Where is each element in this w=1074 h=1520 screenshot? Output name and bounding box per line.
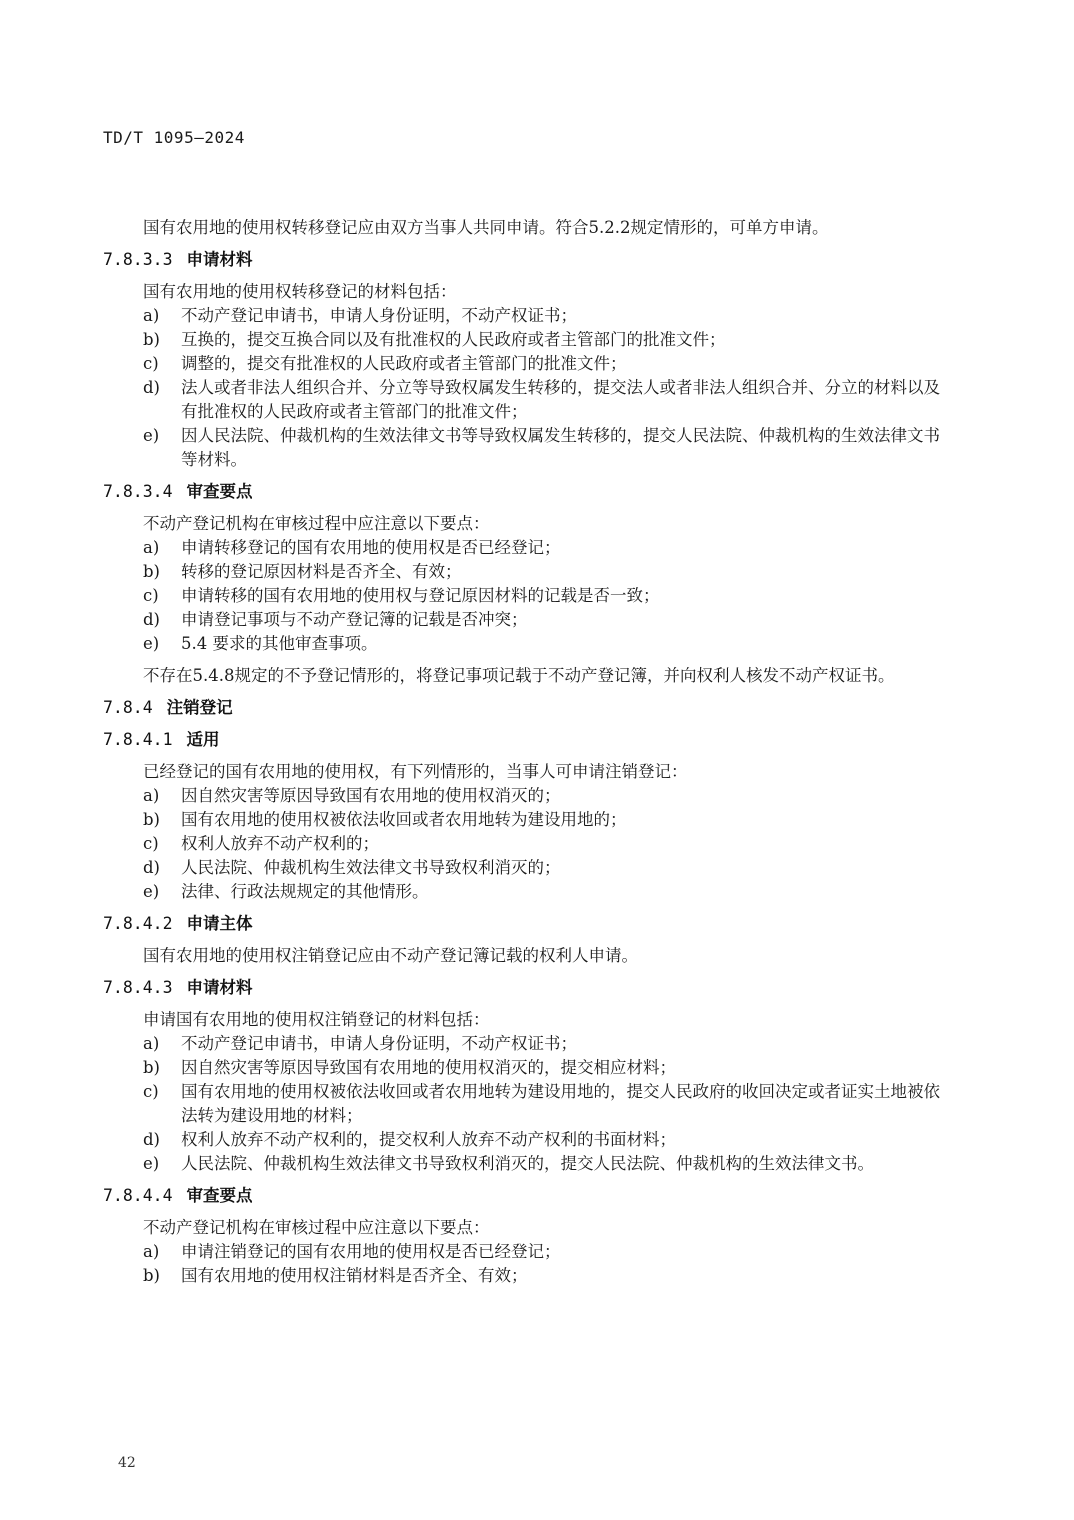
list-item-text: 法人或者非法人组织合并、分立等导致权属发生转移的，提交法人或者非法人组织合并、分… (181, 378, 940, 421)
list-item-label: b) (143, 328, 160, 352)
list-item-text: 转移的登记原因材料是否齐全、有效； (181, 562, 462, 581)
list-item-label: c) (143, 352, 159, 376)
section-heading: 7.8.4.2申请主体 (103, 912, 953, 936)
section-title: 审查要点 (187, 482, 253, 501)
item-list: a)申请转移登记的国有农用地的使用权是否已经登记；b)转移的登记原因材料是否齐全… (103, 536, 953, 656)
list-item-label: c) (143, 584, 159, 608)
list-item-label: d) (143, 1128, 160, 1152)
list-item-text: 申请转移的国有农用地的使用权与登记原因材料的记载是否一致； (181, 586, 660, 605)
list-item-text: 国有农用地的使用权被依法收回或者农用地转为建设用地的，提交人民政府的收回决定或者… (181, 1082, 940, 1125)
list-item-label: d) (143, 856, 160, 880)
list-item-label: b) (143, 1056, 160, 1080)
list-item: b)转移的登记原因材料是否齐全、有效； (103, 560, 953, 584)
item-list: a)不动产登记申请书，申请人身份证明，不动产权证书；b)互换的，提交互换合同以及… (103, 304, 953, 472)
item-list: a)不动产登记申请书，申请人身份证明，不动产权证书；b)因自然灾害等原因导致国有… (103, 1032, 953, 1176)
list-item-label: c) (143, 832, 159, 856)
list-item-text: 不动产登记申请书，申请人身份证明，不动产权证书； (181, 306, 577, 325)
list-item: a)申请注销登记的国有农用地的使用权是否已经登记； (103, 1240, 953, 1264)
list-item-label: a) (143, 536, 159, 560)
page-number: 42 (118, 1455, 136, 1471)
list-item-text: 申请注销登记的国有农用地的使用权是否已经登记； (181, 1242, 561, 1261)
list-item: e)法律、行政法规规定的其他情形。 (103, 880, 953, 904)
section-title: 申请材料 (187, 250, 253, 269)
list-item: e)5.4 要求的其他审查事项。 (103, 632, 953, 656)
section-number: 7.8.4 (103, 698, 153, 717)
list-item-label: b) (143, 1264, 160, 1288)
document-body: 国有农用地的使用权转移登记应由双方当事人共同申请。符合5.2.2规定情形的，可单… (103, 216, 953, 1296)
section-heading: 7.8.3.4审查要点 (103, 480, 953, 504)
list-item-text: 不动产登记申请书，申请人身份证明，不动产权证书； (181, 1034, 577, 1053)
paragraph: 不动产登记机构在审核过程中应注意以下要点： (103, 1216, 953, 1240)
list-item-label: a) (143, 1032, 159, 1056)
list-item: a)因自然灾害等原因导致国有农用地的使用权消灭的； (103, 784, 953, 808)
list-item: b)国有农用地的使用权被依法收回或者农用地转为建设用地的； (103, 808, 953, 832)
section-heading: 7.8.4.4审查要点 (103, 1184, 953, 1208)
section-number: 7.8.3.3 (103, 250, 173, 269)
document-page: TD/T 1095—2024 国有农用地的使用权转移登记应由双方当事人共同申请。… (0, 0, 1074, 1520)
list-item: a)不动产登记申请书，申请人身份证明，不动产权证书； (103, 304, 953, 328)
paragraph: 国有农用地的使用权转移登记的材料包括： (103, 280, 953, 304)
list-item: b)因自然灾害等原因导致国有农用地的使用权消灭的，提交相应材料； (103, 1056, 953, 1080)
list-item-label: b) (143, 560, 160, 584)
list-item-text: 人民法院、仲裁机构生效法律文书导致权利消灭的，提交人民法院、仲裁机构的生效法律文… (181, 1154, 874, 1173)
list-item-text: 因人民法院、仲裁机构的生效法律文书等导致权属发生转移的，提交人民法院、仲裁机构的… (181, 426, 940, 469)
list-item: b)互换的，提交互换合同以及有批准权的人民政府或者主管部门的批准文件； (103, 328, 953, 352)
list-item-label: a) (143, 1240, 159, 1264)
paragraph: 国有农用地的使用权转移登记应由双方当事人共同申请。符合5.2.2规定情形的，可单… (103, 216, 953, 240)
list-item-label: e) (143, 880, 159, 904)
list-item: d)申请登记事项与不动产登记簿的记载是否冲突； (103, 608, 953, 632)
section-number: 7.8.3.4 (103, 482, 173, 501)
section-heading: 7.8.4.1适用 (103, 728, 953, 752)
list-item-label: e) (143, 424, 159, 448)
section-title: 适用 (187, 730, 220, 749)
list-item: d)权利人放弃不动产权利的，提交权利人放弃不动产权利的书面材料； (103, 1128, 953, 1152)
list-item-label: e) (143, 632, 159, 656)
standard-code-header: TD/T 1095—2024 (103, 128, 245, 147)
list-item: c)国有农用地的使用权被依法收回或者农用地转为建设用地的，提交人民政府的收回决定… (103, 1080, 953, 1128)
paragraph: 国有农用地的使用权注销登记应由不动产登记簿记载的权利人申请。 (103, 944, 953, 968)
paragraph: 申请国有农用地的使用权注销登记的材料包括： (103, 1008, 953, 1032)
list-item-label: a) (143, 304, 159, 328)
list-item-label: d) (143, 608, 160, 632)
paragraph: 已经登记的国有农用地的使用权，有下列情形的，当事人可申请注销登记： (103, 760, 953, 784)
item-list: a)申请注销登记的国有农用地的使用权是否已经登记；b)国有农用地的使用权注销材料… (103, 1240, 953, 1288)
list-item: e)因人民法院、仲裁机构的生效法律文书等导致权属发生转移的，提交人民法院、仲裁机… (103, 424, 953, 472)
list-item-text: 申请登记事项与不动产登记簿的记载是否冲突； (181, 610, 528, 629)
list-item: a)申请转移登记的国有农用地的使用权是否已经登记； (103, 536, 953, 560)
section-title: 申请材料 (187, 978, 253, 997)
list-item-label: a) (143, 784, 159, 808)
list-item: d)人民法院、仲裁机构生效法律文书导致权利消灭的； (103, 856, 953, 880)
list-item-text: 国有农用地的使用权被依法收回或者农用地转为建设用地的； (181, 810, 627, 829)
list-item-text: 权利人放弃不动产权利的，提交权利人放弃不动产权利的书面材料； (181, 1130, 676, 1149)
list-item: c)调整的，提交有批准权的人民政府或者主管部门的批准文件； (103, 352, 953, 376)
section-heading: 7.8.4.3申请材料 (103, 976, 953, 1000)
list-item-text: 因自然灾害等原因导致国有农用地的使用权消灭的； (181, 786, 561, 805)
section-number: 7.8.4.1 (103, 730, 173, 749)
list-item-label: d) (143, 376, 160, 400)
list-item: d)法人或者非法人组织合并、分立等导致权属发生转移的，提交法人或者非法人组织合并… (103, 376, 953, 424)
item-list: a)因自然灾害等原因导致国有农用地的使用权消灭的；b)国有农用地的使用权被依法收… (103, 784, 953, 904)
list-item-label: b) (143, 808, 160, 832)
section-title: 审查要点 (187, 1186, 253, 1205)
list-item-text: 法律、行政法规规定的其他情形。 (181, 882, 429, 901)
list-item-text: 调整的，提交有批准权的人民政府或者主管部门的批准文件； (181, 354, 627, 373)
list-item-text: 国有农用地的使用权注销材料是否齐全、有效； (181, 1266, 528, 1285)
section-number: 7.8.4.4 (103, 1186, 173, 1205)
list-item: c)权利人放弃不动产权利的； (103, 832, 953, 856)
section-heading: 7.8.4注销登记 (103, 696, 953, 720)
list-item-text: 申请转移登记的国有农用地的使用权是否已经登记； (181, 538, 561, 557)
list-item: b)国有农用地的使用权注销材料是否齐全、有效； (103, 1264, 953, 1288)
list-item: e)人民法院、仲裁机构生效法律文书导致权利消灭的，提交人民法院、仲裁机构的生效法… (103, 1152, 953, 1176)
section-heading: 7.8.3.3申请材料 (103, 248, 953, 272)
list-item-text: 因自然灾害等原因导致国有农用地的使用权消灭的，提交相应材料； (181, 1058, 676, 1077)
list-item-text: 权利人放弃不动产权利的； (181, 834, 379, 853)
section-title: 注销登记 (167, 698, 233, 717)
list-item-text: 5.4 要求的其他审查事项。 (181, 634, 378, 653)
list-item-text: 人民法院、仲裁机构生效法律文书导致权利消灭的； (181, 858, 561, 877)
list-item-label: c) (143, 1080, 159, 1104)
list-item-label: e) (143, 1152, 159, 1176)
list-item: a)不动产登记申请书，申请人身份证明，不动产权证书； (103, 1032, 953, 1056)
section-number: 7.8.4.3 (103, 978, 173, 997)
paragraph: 不存在5.4.8规定的不予登记情形的，将登记事项记载于不动产登记簿，并向权利人核… (103, 664, 953, 688)
list-item: c)申请转移的国有农用地的使用权与登记原因材料的记载是否一致； (103, 584, 953, 608)
paragraph: 不动产登记机构在审核过程中应注意以下要点： (103, 512, 953, 536)
section-title: 申请主体 (187, 914, 253, 933)
section-number: 7.8.4.2 (103, 914, 173, 933)
list-item-text: 互换的，提交互换合同以及有批准权的人民政府或者主管部门的批准文件； (181, 330, 726, 349)
